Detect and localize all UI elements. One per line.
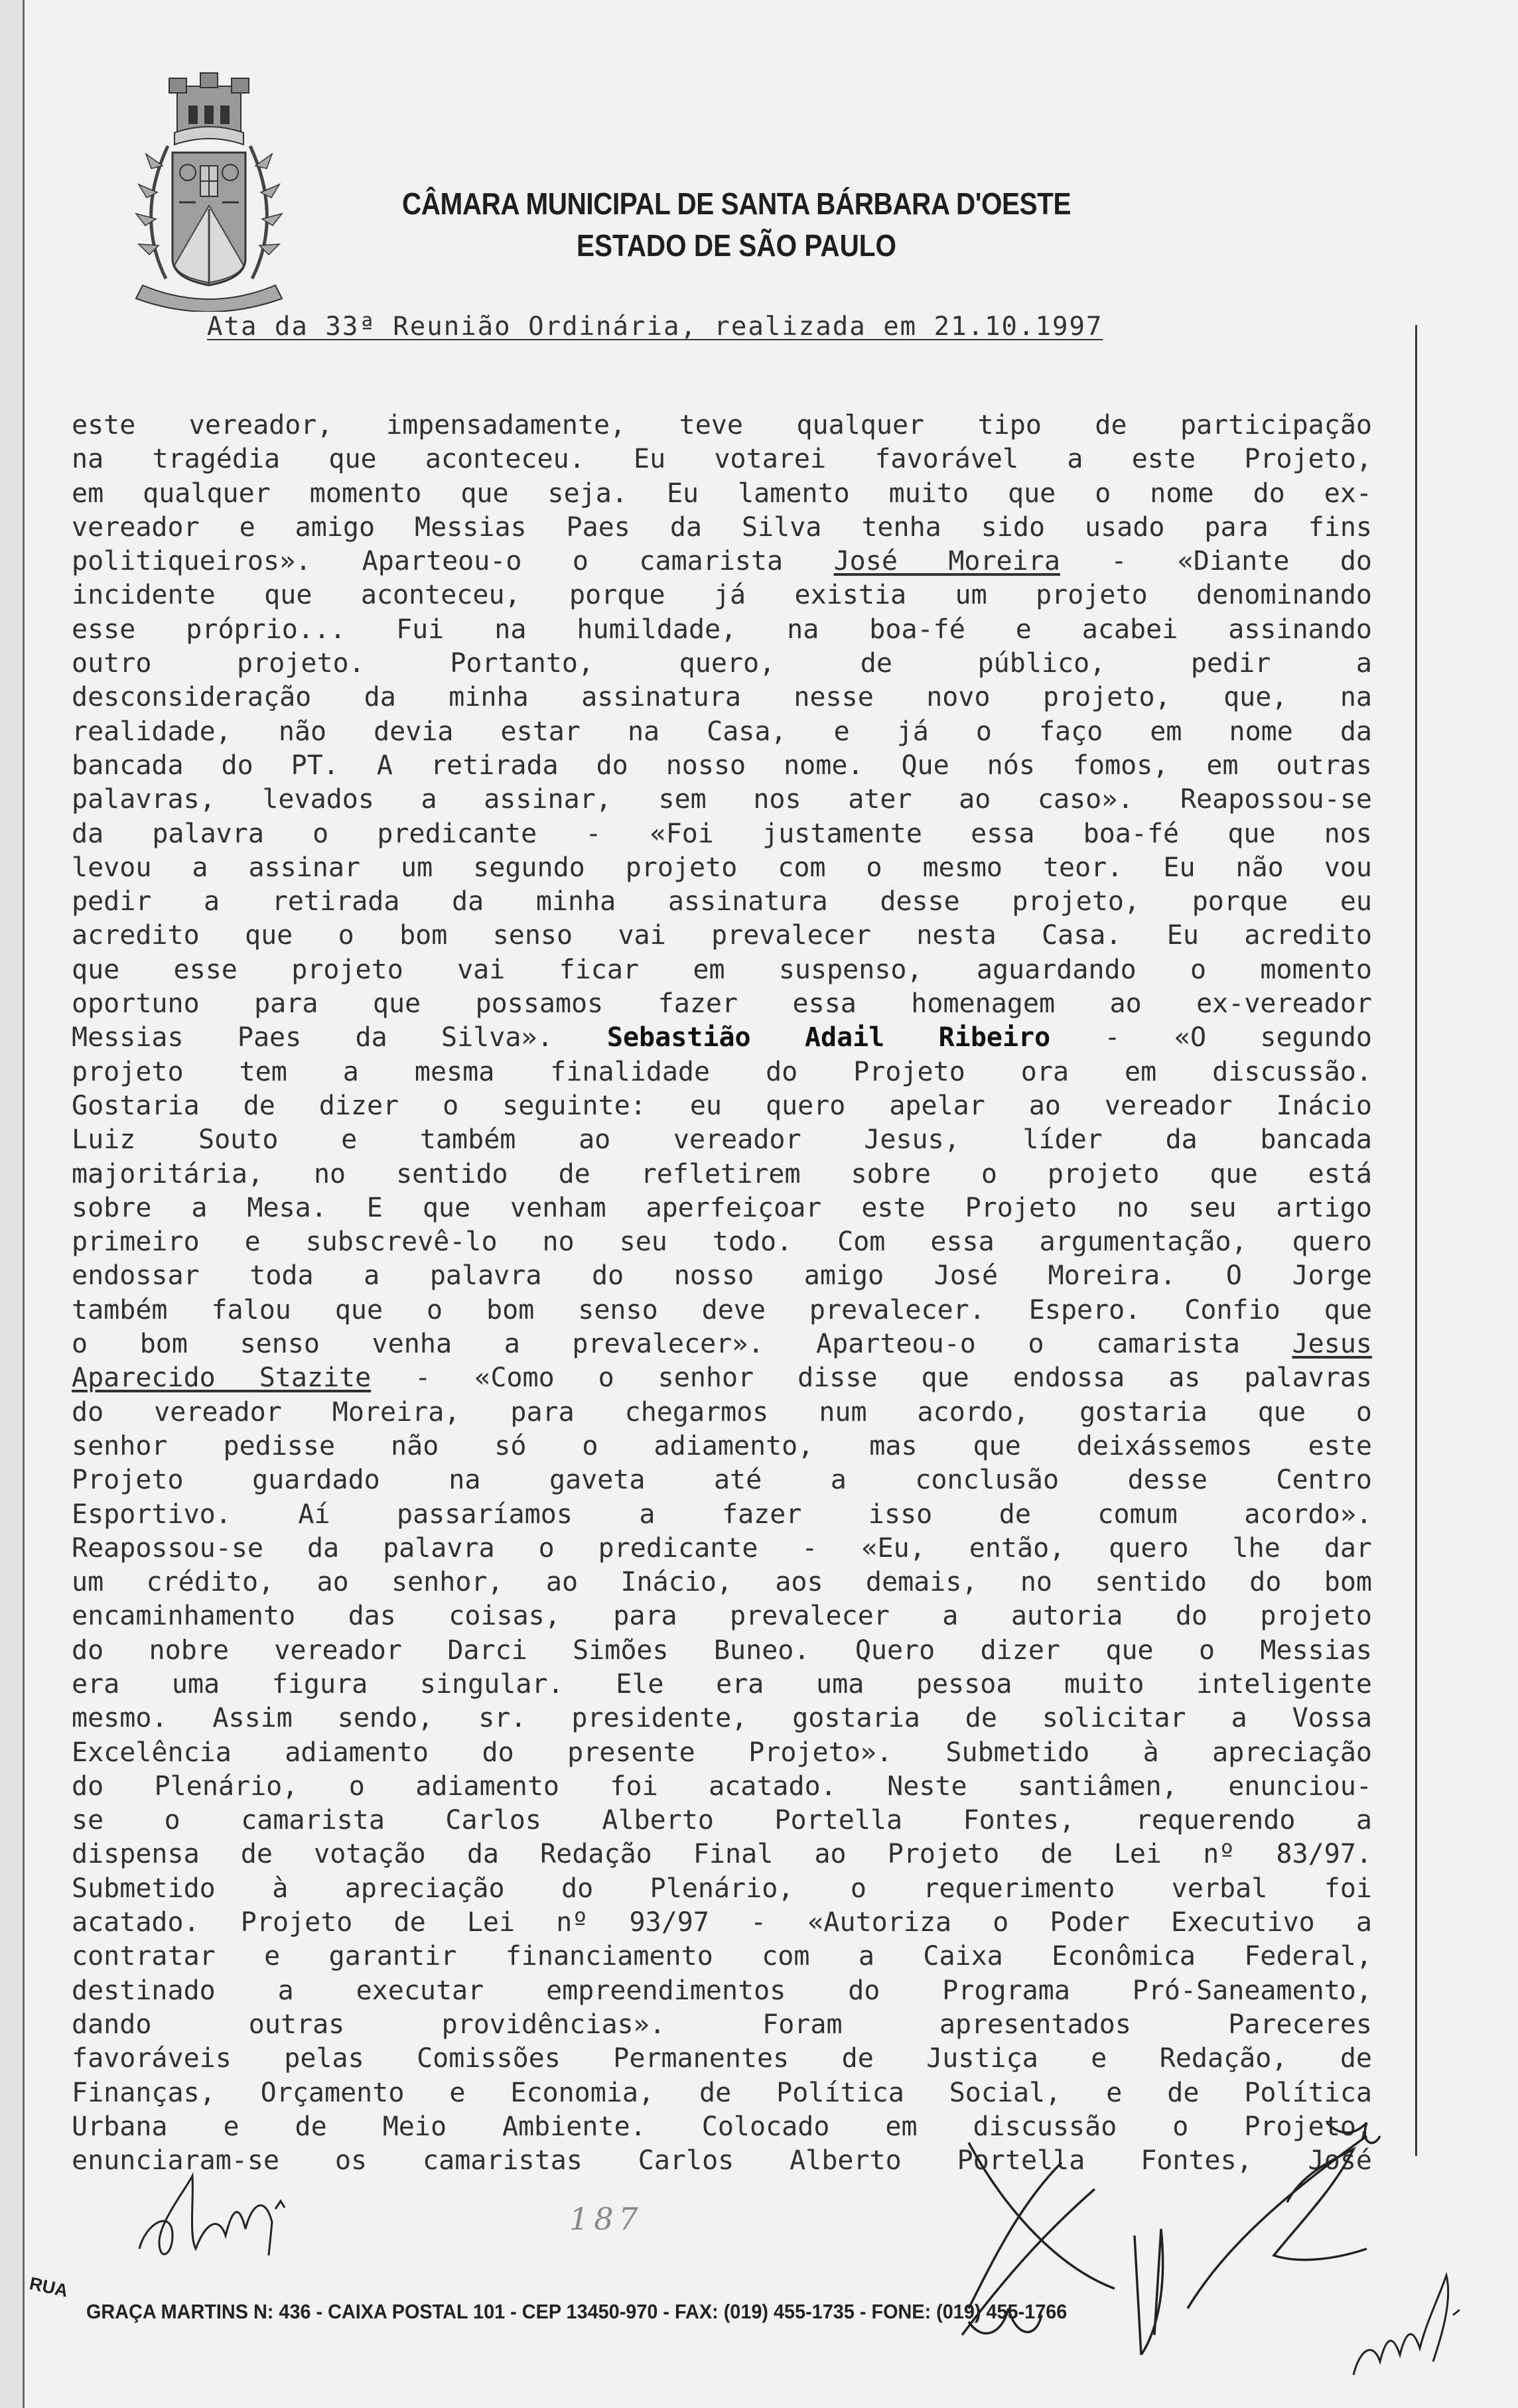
text-segment: bancada do PT. A retirada do nosso nome.… [72, 750, 1372, 781]
text-segment: em qualquer momento que seja. Eu lamento… [72, 478, 1372, 509]
coat-of-arms-icon [103, 66, 315, 312]
document-page: CÂMARA MUNICIPAL DE SANTA BÁRBARA D'OEST… [0, 0, 1518, 2408]
text-line: da palavra o predicante - «Foi justament… [72, 817, 1372, 851]
text-line: do Plenário, o adiamento foi acatado. Ne… [72, 1770, 1372, 1804]
text-segment: do vereador Moreira, para chegarmos num … [72, 1397, 1372, 1428]
text-segment: palavras, levados a assinar, sem nos ate… [72, 784, 1372, 815]
text-line: Messias Paes da Silva». Sebastião Adail … [72, 1021, 1372, 1055]
text-line: desconsideração da minha assinatura ness… [72, 681, 1372, 714]
page-edge-shadow [0, 0, 23, 2408]
text-segment: realidade, não devia estar na Casa, e já… [72, 716, 1372, 747]
text-line: mesmo. Assim sendo, sr. presidente, gost… [72, 1702, 1372, 1735]
text-segment: da palavra o predicante - «Foi justament… [72, 819, 1372, 849]
text-segment: primeiro e subscrevê-lo no seu todo. Com… [72, 1227, 1372, 1257]
text-segment: oportuno para que possamos fazer essa ho… [72, 988, 1372, 1019]
left-margin-rule [23, 0, 25, 2408]
text-line: realidade, não devia estar na Casa, e já… [72, 715, 1372, 749]
text-segment: dando outras providências». Foram aprese… [72, 2009, 1372, 2040]
footer-address: GRAÇA MARTINS N: 436 - CAIXA POSTAL 101 … [86, 2300, 1067, 2324]
text-segment: um crédito, ao senhor, ao Inácio, aos de… [72, 1567, 1372, 1597]
text-segment: acatado. Projeto de Lei nº 93/97 - «Auto… [72, 1907, 1372, 1938]
text-segment: politiqueiros». Aparteou-o o camarista [72, 546, 834, 576]
handwritten-page-number: 187 [569, 2201, 644, 2237]
text-segment: outro projeto. Portanto, quero, de públi… [72, 648, 1372, 679]
text-line: acredito que o bom senso vai prevalecer … [72, 919, 1372, 953]
text-line: era uma figura singular. Ele era uma pes… [72, 1668, 1372, 1702]
text-segment: o bom senso venha a prevalecer». Aparteo… [72, 1329, 1292, 1359]
footer-street-prefix: RUA [28, 2273, 70, 2301]
text-line: majoritária, no sentido de refletirem so… [72, 1158, 1372, 1191]
speaker-name: Jesus [1292, 1329, 1372, 1359]
text-line: Gostaria de dizer o seguinte: eu quero a… [72, 1089, 1372, 1123]
text-segment: Projeto guardado na gaveta até a conclus… [72, 1465, 1372, 1495]
text-line: encaminhamento das coisas, para prevalec… [72, 1599, 1372, 1633]
text-segment: Finanças, Orçamento e Economia, de Polít… [72, 2078, 1372, 2108]
text-line: dando outras providências». Foram aprese… [72, 2008, 1372, 2042]
text-line: acatado. Projeto de Lei nº 93/97 - «Auto… [72, 1906, 1372, 1940]
text-segment: Luiz Souto e também ao vereador Jesus, l… [72, 1124, 1372, 1155]
text-line: pedir a retirada da minha assinatura des… [72, 885, 1372, 919]
text-segment: Gostaria de dizer o seguinte: eu quero a… [72, 1091, 1372, 1121]
text-line: sobre a Mesa. E que venham aperfeiçoar e… [72, 1191, 1372, 1225]
text-segment: que esse projeto vai ficar em suspenso, … [72, 955, 1372, 985]
text-line: bancada do PT. A retirada do nosso nome.… [72, 749, 1372, 783]
text-segment: favoráveis pelas Comissões Permanentes d… [72, 2043, 1372, 2074]
text-line: oportuno para que possamos fazer essa ho… [72, 987, 1372, 1021]
text-line: este vereador, impensadamente, teve qual… [72, 409, 1372, 442]
text-segment: incidente que aconteceu, porque já exist… [72, 580, 1372, 610]
text-line: Esportivo. Aí passaríamos a fazer isso d… [72, 1498, 1372, 1532]
text-line: em qualquer momento que seja. Eu lamento… [72, 477, 1372, 511]
text-segment: levou a assinar um segundo projeto com o… [72, 852, 1372, 883]
organization-state: ESTADO DE SÃO PAULO [357, 228, 1116, 263]
text-line: politiqueiros». Aparteou-o o camarista J… [72, 545, 1372, 578]
text-line: Excelência adiamento do presente Projeto… [72, 1736, 1372, 1770]
text-segment: Reapossou-se da palavra o predicante - «… [72, 1533, 1372, 1564]
speaker-name-bold: Sebastião Adail Ribeiro [607, 1022, 1050, 1053]
text-segment: na tragédia que aconteceu. Eu votarei fa… [72, 444, 1372, 474]
text-segment: dispensa de votação da Redação Final ao … [72, 1839, 1372, 1869]
text-segment: endossar toda a palavra do nosso amigo J… [72, 1260, 1372, 1291]
text-line: do nobre vereador Darci Simões Buneo. Qu… [72, 1634, 1372, 1668]
text-segment: contratar e garantir financiamento com a… [72, 1941, 1372, 1972]
text-line: outro projeto. Portanto, quero, de públi… [72, 647, 1372, 681]
text-segment: acredito que o bom senso vai prevalecer … [72, 920, 1372, 951]
text-segment: pedir a retirada da minha assinatura des… [72, 886, 1372, 917]
text-segment: este vereador, impensadamente, teve qual… [72, 410, 1372, 440]
text-segment: Esportivo. Aí passaríamos a fazer isso d… [72, 1499, 1372, 1530]
text-line: na tragédia que aconteceu. Eu votarei fa… [72, 442, 1372, 476]
signature-bottom-right [1340, 2255, 1486, 2388]
text-segment: encaminhamento das coisas, para prevalec… [72, 1601, 1372, 1631]
text-segment: desconsideração da minha assinatura ness… [72, 682, 1372, 712]
text-line: Luiz Souto e também ao vereador Jesus, l… [72, 1123, 1372, 1157]
text-line: um crédito, ao senhor, ao Inácio, aos de… [72, 1566, 1372, 1599]
text-line: do vereador Moreira, para chegarmos num … [72, 1396, 1372, 1430]
signature-left [133, 2163, 332, 2269]
text-segment: se o camarista Carlos Alberto Portella F… [72, 1805, 1372, 1836]
speaker-name: José Moreira [834, 546, 1060, 576]
text-line: vereador e amigo Messias Paes da Silva t… [72, 511, 1372, 545]
text-line: esse próprio... Fui na humildade, na boa… [72, 613, 1372, 647]
text-line: contratar e garantir financiamento com a… [72, 1940, 1372, 1973]
text-segment: era uma figura singular. Ele era uma pes… [72, 1669, 1372, 1700]
text-segment: Submetido à apreciação do Plenário, o re… [72, 1873, 1372, 1904]
text-line: endossar toda a palavra do nosso amigo J… [72, 1259, 1372, 1293]
text-segment: senhor pedisse não só o adiamento, mas q… [72, 1431, 1372, 1461]
text-line: Projeto guardado na gaveta até a conclus… [72, 1463, 1372, 1497]
text-segment: também falou que o bom senso deve preval… [72, 1295, 1372, 1325]
text-line: dispensa de votação da Redação Final ao … [72, 1838, 1372, 1871]
text-line: também falou que o bom senso deve preval… [72, 1294, 1372, 1327]
text-line: palavras, levados a assinar, sem nos ate… [72, 783, 1372, 817]
text-line: Finanças, Orçamento e Economia, de Polít… [72, 2076, 1372, 2110]
text-segment: mesmo. Assim sendo, sr. presidente, gost… [72, 1703, 1372, 1733]
text-line: Reapossou-se da palavra o predicante - «… [72, 1532, 1372, 1566]
text-line: destinado a executar empreendimentos do … [72, 1974, 1372, 2008]
right-margin-rule [1415, 325, 1417, 2156]
text-segment: vereador e amigo Messias Paes da Silva t… [72, 512, 1372, 543]
text-line: se o camarista Carlos Alberto Portella F… [72, 1804, 1372, 1838]
text-segment: destinado a executar empreendimentos do … [72, 1975, 1372, 2006]
text-segment: Messias Paes da Silva». [72, 1022, 607, 1053]
organization-name: CÂMARA MUNICIPAL DE SANTA BÁRBARA D'OEST… [357, 186, 1116, 222]
speaker-name: Aparecido Stazite [72, 1363, 371, 1393]
text-line: favoráveis pelas Comissões Permanentes d… [72, 2042, 1372, 2076]
text-segment: projeto tem a mesma finalidade do Projet… [72, 1057, 1372, 1087]
text-line: incidente que aconteceu, porque já exist… [72, 578, 1372, 612]
text-segment: Excelência adiamento do presente Projeto… [72, 1737, 1372, 1768]
text-segment: - «Como o senhor disse que endossa as pa… [371, 1363, 1372, 1393]
text-segment: do Plenário, o adiamento foi acatado. Ne… [72, 1771, 1372, 1802]
text-line: Aparecido Stazite - «Como o senhor disse… [72, 1361, 1372, 1395]
text-segment: esse próprio... Fui na humildade, na boa… [72, 614, 1372, 645]
text-line: levou a assinar um segundo projeto com o… [72, 851, 1372, 885]
text-segment: - «O segundo [1050, 1022, 1372, 1053]
text-line: Submetido à apreciação do Plenário, o re… [72, 1872, 1372, 1906]
text-segment: sobre a Mesa. E que venham aperfeiçoar e… [72, 1193, 1372, 1223]
document-title: Ata da 33ª Reunião Ordinária, realizada … [207, 312, 1269, 342]
text-segment: do nobre vereador Darci Simões Buneo. Qu… [72, 1635, 1372, 1666]
text-segment: - «Diante do [1060, 546, 1372, 576]
text-line: projeto tem a mesma finalidade do Projet… [72, 1055, 1372, 1089]
text-line: que esse projeto vai ficar em suspenso, … [72, 953, 1372, 987]
text-line: senhor pedisse não só o adiamento, mas q… [72, 1430, 1372, 1463]
minutes-body-text: este vereador, impensadamente, teve qual… [72, 409, 1372, 2178]
text-line: o bom senso venha a prevalecer». Aparteo… [72, 1327, 1372, 1361]
text-segment: majoritária, no sentido de refletirem so… [72, 1159, 1372, 1189]
text-line: primeiro e subscrevê-lo no seu todo. Com… [72, 1225, 1372, 1259]
